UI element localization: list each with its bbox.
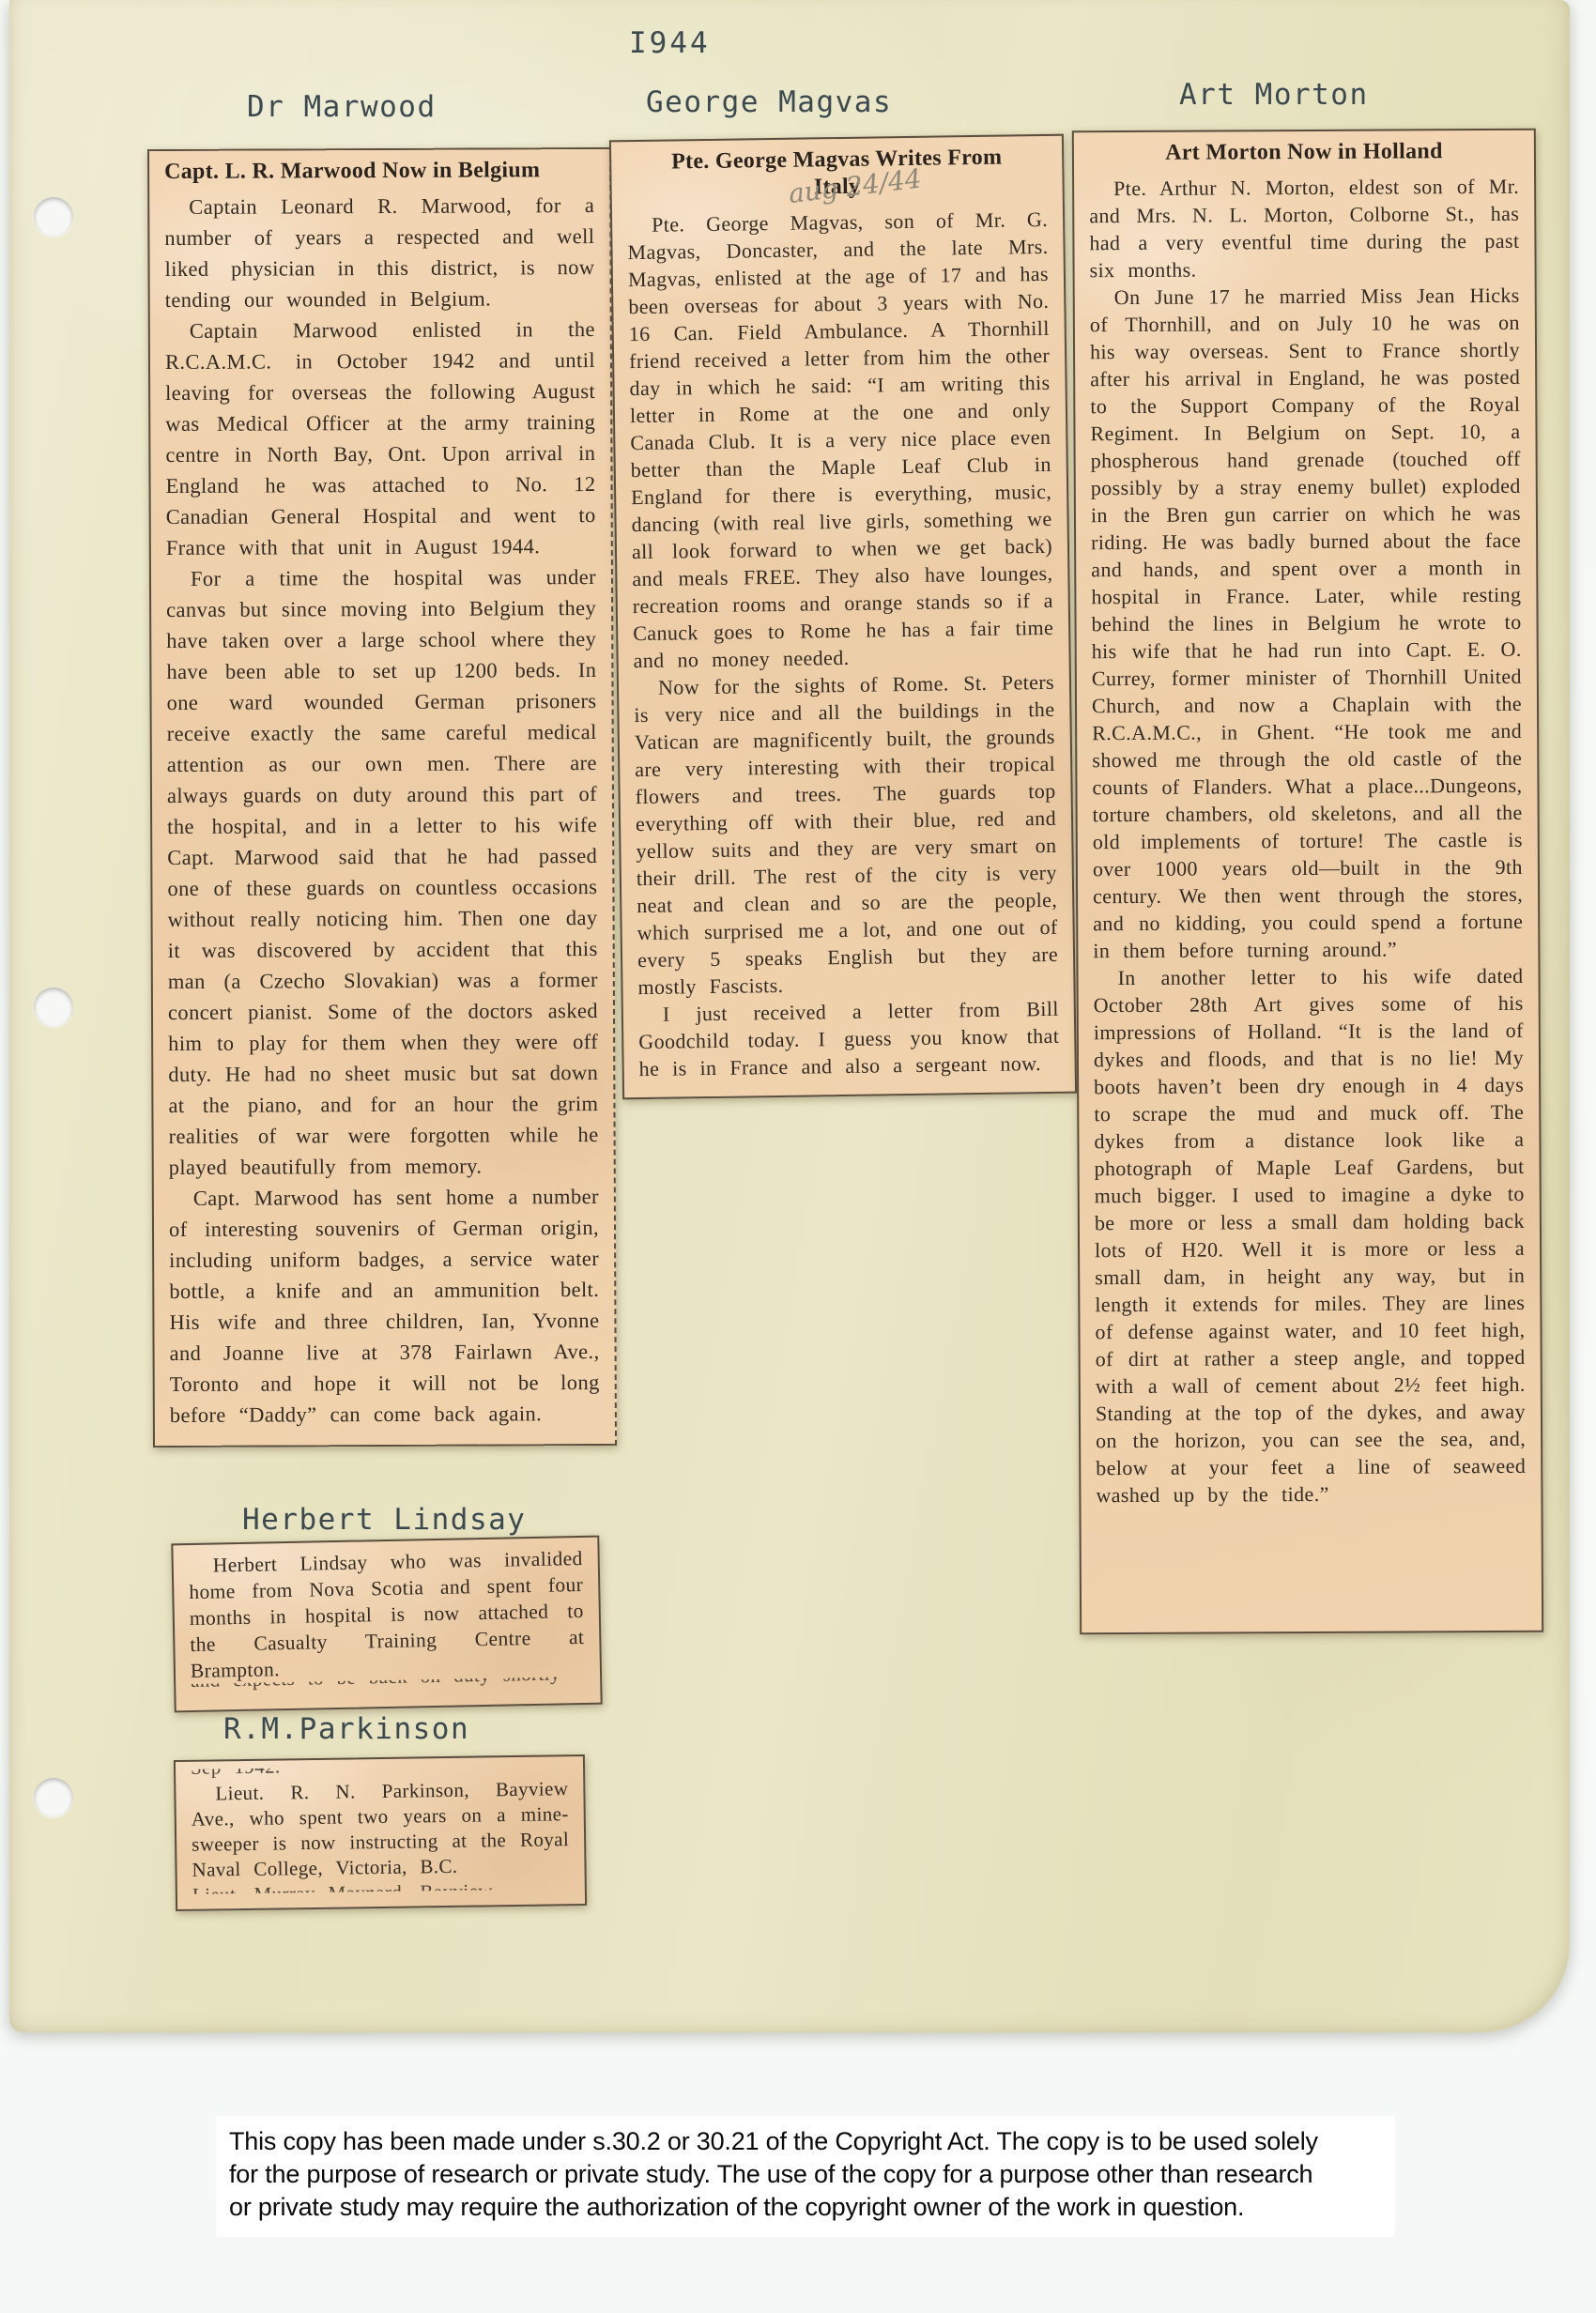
clipping-lindsay: Herbert Lindsay who was invalided home f… xyxy=(171,1536,602,1713)
copyright-line: for the purpose of research or private s… xyxy=(229,2158,1382,2191)
column-header-george-magvas: George Magvas xyxy=(646,85,892,119)
copyright-stamp: This copy has been made under s.30.2 or … xyxy=(216,2116,1395,2237)
clipping-marwood-headline: Capt. L. R. Marwood Now in Belgium xyxy=(164,157,594,186)
clipping-parkinson: Sep 1942. Lieut. R. N. Parkinson, Bayvie… xyxy=(174,1754,587,1911)
clipping-paragraph: Pte. Arthur N. Morton, eldest son of Mr.… xyxy=(1089,173,1520,283)
column-header-art-morton: Art Morton xyxy=(1179,78,1369,112)
clipping-paragraph: I just received a letter from Bill Goodc… xyxy=(638,995,1060,1082)
scrapbook-scan: I944 Dr Marwood George Magvas Art Morton… xyxy=(0,0,1596,2313)
clipping-paragraph: For a time the hospital was under canvas… xyxy=(166,561,599,1183)
column-header-dr-marwood: Dr Marwood xyxy=(247,90,437,124)
punch-hole-middle xyxy=(34,988,73,1027)
punch-hole-bottom xyxy=(34,1778,73,1817)
copyright-line: This copy has been made under s.30.2 or … xyxy=(229,2125,1382,2158)
clipping-paragraph: Capt. Marwood has sent home a number of … xyxy=(169,1181,600,1431)
clipping-paragraph: On June 17 he married Miss Jean Hicks of… xyxy=(1090,282,1524,964)
copyright-line: or private study may require the authori… xyxy=(229,2191,1382,2224)
section-header-rm-parkinson: R.M.Parkinson xyxy=(223,1712,469,1746)
clipping-paragraph: Herbert Lindsay who was invalided home f… xyxy=(189,1545,586,1684)
punch-hole-top xyxy=(34,197,73,237)
clipping-paragraph: Now for the sights of Rome. St. Peters i… xyxy=(634,668,1059,1001)
clipping-paragraph: Lieut. R. N. Parkinson, Bayview Ave., wh… xyxy=(191,1776,569,1883)
clipping-morton: Art Morton Now in Holland Pte. Arthur N.… xyxy=(1072,129,1543,1635)
clipping-paragraph: In another letter to his wife dated Octo… xyxy=(1093,962,1526,1509)
clipping-morton-headline: Art Morton Now in Holland xyxy=(1089,138,1519,167)
clipping-paragraph: Captain Marwood enlisted in the R.C.A.M.… xyxy=(165,314,596,563)
clipping-magvas: Pte. George Magvas Writes From Italy aug… xyxy=(609,134,1077,1100)
section-header-herbert-lindsay: Herbert Lindsay xyxy=(242,1503,526,1537)
clipping-paragraph: Captain Leonard R. Marwood, for a number… xyxy=(164,190,595,315)
year-heading: I944 xyxy=(629,26,711,60)
clipping-paragraph: Pte. George Magvas, son of Mr. G. Magvas… xyxy=(627,206,1054,674)
clipping-marwood: Capt. L. R. Marwood Now in Belgium Capta… xyxy=(147,147,617,1448)
